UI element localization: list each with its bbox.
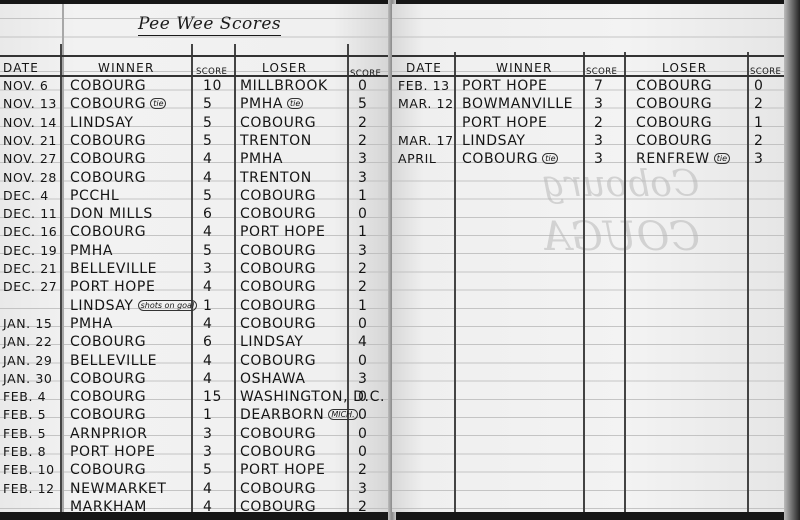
column-rule <box>60 44 62 512</box>
loser-cell-text: COBOURG <box>240 353 316 369</box>
winner-cell-text: COBOURG <box>70 389 146 405</box>
date-cell: APRIL <box>398 151 436 167</box>
winner-cell-text: PORT HOPE <box>462 78 547 94</box>
loser-score-cell: 3 <box>754 151 764 167</box>
loser-score-cell-text: 3 <box>358 170 368 186</box>
winner-score-cell-text: 6 <box>203 334 213 350</box>
winner-cell-text: PCCHL <box>70 188 119 204</box>
date-cell: JAN. 22 <box>3 334 52 350</box>
winner-cell: COBOURGtie <box>462 151 558 167</box>
date-cell-text: NOV. 6 <box>3 78 48 93</box>
winner-score-cell-text: 4 <box>203 316 213 332</box>
header-winner: WINNER <box>98 60 154 76</box>
winner-score-cell-text: 7 <box>594 78 604 94</box>
loser-score-cell: 0 <box>358 316 368 332</box>
loser-cell-text: PMHA <box>240 96 283 112</box>
loser-score-cell-text: 2 <box>358 462 368 478</box>
date-cell: MAR. 17 <box>398 133 454 149</box>
winner-score-cell: 4 <box>203 481 213 497</box>
date-cell: NOV. 27 <box>3 151 57 167</box>
winner-cell: ARNPRIOR <box>70 426 148 442</box>
loser-score-cell-text: 0 <box>754 78 764 94</box>
winner-cell: COBOURG <box>70 170 146 186</box>
winner-cell-text: LINDSAY <box>70 115 134 131</box>
winner-score-cell: 5 <box>203 243 213 259</box>
date-cell-text: DEC. 16 <box>3 224 57 239</box>
winner-score-cell-text: 1 <box>203 407 213 423</box>
open-scorebook: Pee Wee Scores DATE WINNER SCORE LOSER S… <box>0 0 800 520</box>
loser-cell: LINDSAY <box>240 334 304 350</box>
winner-cell-text: NEWMARKET <box>70 481 167 497</box>
loser-cell-text: COBOURG <box>240 188 316 204</box>
winner-score-cell: 6 <box>203 206 213 222</box>
date-cell-text: NOV. 14 <box>3 115 57 130</box>
loser-cell-text: PORT HOPE <box>240 462 325 478</box>
page-title: Pee Wee Scores <box>138 14 281 36</box>
loser-cell: PMHA <box>240 151 283 167</box>
winner-score-cell-text: 3 <box>594 151 604 167</box>
winner-score-cell: 4 <box>203 170 213 186</box>
loser-cell: COBOURG <box>240 499 316 512</box>
loser-cell-text: TRENTON <box>240 170 312 186</box>
winner-score-cell: 5 <box>203 462 213 478</box>
right-page: Cobourg COUGA DATE WINNER SCORE LOSER SC… <box>392 4 784 512</box>
annotation-note: tie <box>287 98 303 109</box>
winner-score-cell: 5 <box>203 188 213 204</box>
winner-score-cell: 1 <box>203 407 213 423</box>
date-cell: FEB. 5 <box>3 407 46 423</box>
winner-cell: PMHA <box>70 316 113 332</box>
date-cell: DEC. 16 <box>3 224 57 240</box>
ruled-lines <box>392 4 784 512</box>
date-cell: FEB. 4 <box>3 389 46 405</box>
winner-score-cell: 4 <box>203 224 213 240</box>
winner-cell-text: BOWMANVILLE <box>462 96 573 112</box>
winner-cell: BOWMANVILLE <box>462 96 573 112</box>
loser-score-cell: 2 <box>358 133 368 149</box>
date-cell-text: JAN. 15 <box>3 316 52 331</box>
loser-cell: COBOURG <box>240 481 316 497</box>
winner-cell-text: LINDSAY <box>70 298 134 314</box>
loser-cell: OSHAWA <box>240 371 306 387</box>
loser-cell: COBOURG <box>240 426 316 442</box>
loser-cell: COBOURG <box>240 206 316 222</box>
winner-cell-text: PMHA <box>70 243 113 259</box>
winner-cell: COBOURG <box>70 224 146 240</box>
winner-cell: COBOURG <box>70 462 146 478</box>
date-cell-text: NOV. 28 <box>3 170 57 185</box>
date-cell-text: FEB. 8 <box>3 444 46 459</box>
winner-cell: PORT HOPE <box>462 115 547 131</box>
page-edge <box>784 0 800 520</box>
loser-cell: COBOURG <box>636 115 712 131</box>
winner-score-cell: 3 <box>594 133 604 149</box>
loser-cell-text: COBOURG <box>240 481 316 497</box>
winner-cell: PORT HOPE <box>70 279 155 295</box>
loser-score-cell-text: 2 <box>358 499 368 512</box>
loser-score-cell: 0 <box>358 206 368 222</box>
winner-score-cell: 3 <box>203 444 213 460</box>
header-rule <box>0 55 392 57</box>
winner-cell-text: COBOURG <box>70 334 146 350</box>
annotation-note: tie <box>150 98 166 109</box>
date-cell-text: DEC. 4 <box>3 188 49 203</box>
winner-score-cell-text: 3 <box>203 261 213 277</box>
date-cell: DEC. 19 <box>3 243 57 259</box>
winner-score-cell-text: 5 <box>203 115 213 131</box>
winner-cell: PORT HOPE <box>462 78 547 94</box>
loser-score-cell-text: 2 <box>358 115 368 131</box>
date-cell: MAR. 12 <box>398 96 454 112</box>
winner-score-cell-text: 4 <box>203 224 213 240</box>
loser-score-cell: 1 <box>358 188 368 204</box>
date-cell-text: FEB. 12 <box>3 481 55 496</box>
loser-score-cell: 0 <box>754 78 764 94</box>
winner-cell-text: PORT HOPE <box>462 115 547 131</box>
winner-cell: COBOURG <box>70 407 146 423</box>
loser-cell-text: LINDSAY <box>240 334 304 350</box>
winner-score-cell: 4 <box>203 316 213 332</box>
loser-score-cell-text: 5 <box>358 96 368 112</box>
winner-score-cell: 6 <box>203 334 213 350</box>
winner-score-cell-text: 4 <box>203 279 213 295</box>
loser-cell-text: COBOURG <box>240 298 316 314</box>
loser-score-cell-text: 2 <box>754 96 764 112</box>
date-cell: NOV. 28 <box>3 170 57 186</box>
winner-cell-text: PMHA <box>70 316 113 332</box>
column-rule <box>347 44 349 512</box>
header-loser: LOSER <box>662 60 707 76</box>
winner-score-cell-text: 5 <box>203 243 213 259</box>
loser-cell-text: COBOURG <box>240 206 316 222</box>
loser-score-cell: 0 <box>358 353 368 369</box>
winner-score-cell-text: 5 <box>203 133 213 149</box>
winner-cell-text: COBOURG <box>70 371 146 387</box>
loser-cell: PMHAtie <box>240 96 303 112</box>
date-cell: JAN. 29 <box>3 353 52 369</box>
date-cell-text: FEB. 5 <box>3 407 46 422</box>
left-page: Pee Wee Scores DATE WINNER SCORE LOSER S… <box>0 4 392 512</box>
winner-score-cell: 4 <box>203 151 213 167</box>
winner-score-cell-text: 3 <box>203 444 213 460</box>
loser-cell: COBOURG <box>636 96 712 112</box>
loser-score-cell: 0 <box>358 426 368 442</box>
loser-cell: COBOURG <box>240 243 316 259</box>
header-loser: LOSER <box>262 60 307 76</box>
winner-cell-text: PORT HOPE <box>70 444 155 460</box>
loser-cell: PORT HOPE <box>240 462 325 478</box>
date-cell: FEB. 12 <box>3 481 55 497</box>
winner-cell-text: COBOURG <box>70 133 146 149</box>
column-rule <box>583 52 585 512</box>
date-cell: JAN. 30 <box>3 371 52 387</box>
loser-cell-text: COBOURG <box>240 426 316 442</box>
winner-cell-text: BELLEVILLE <box>70 353 157 369</box>
loser-score-cell-text: 2 <box>754 133 764 149</box>
date-cell-text: FEB. 4 <box>3 389 46 404</box>
loser-score-cell-text: 2 <box>358 261 368 277</box>
loser-score-cell: 5 <box>358 96 368 112</box>
loser-cell-text: MILLBROOK <box>240 78 328 94</box>
loser-score-cell: 2 <box>358 115 368 131</box>
date-cell: FEB. 10 <box>3 462 55 478</box>
winner-score-cell-text: 4 <box>203 499 213 512</box>
date-cell-text: JAN. 29 <box>3 353 52 368</box>
column-rule <box>624 52 626 512</box>
date-cell-text: MAR. 17 <box>398 133 454 148</box>
date-cell: NOV. 6 <box>3 78 48 94</box>
loser-cell: COBOURG <box>240 353 316 369</box>
loser-score-cell: 1 <box>358 224 368 240</box>
header-winner: WINNER <box>496 60 552 76</box>
winner-cell: BELLEVILLE <box>70 353 157 369</box>
header-date: DATE <box>406 60 442 76</box>
loser-score-cell-text: 0 <box>358 426 368 442</box>
winner-cell: COBOURG <box>70 151 146 167</box>
winner-cell-text: COBOURG <box>70 407 146 423</box>
column-rule <box>747 52 749 512</box>
date-cell: FEB. 13 <box>398 78 450 94</box>
column-rule <box>454 52 456 512</box>
winner-score-cell: 5 <box>203 96 213 112</box>
loser-cell-text: RENFREW <box>636 151 710 167</box>
loser-score-cell: 3 <box>358 371 368 387</box>
loser-cell-text: COBOURG <box>240 243 316 259</box>
winner-score-cell-text: 4 <box>203 371 213 387</box>
date-cell-text: DEC. 27 <box>3 279 57 294</box>
loser-cell-text: COBOURG <box>636 78 712 94</box>
loser-score-cell-text: 0 <box>358 316 368 332</box>
date-cell-text: NOV. 21 <box>3 133 57 148</box>
winner-score-cell-text: 5 <box>203 188 213 204</box>
loser-score-cell-text: 0 <box>358 206 368 222</box>
date-cell-text: MAR. 12 <box>398 96 454 111</box>
loser-score-cell: 1 <box>358 298 368 314</box>
loser-score-cell: 4 <box>358 334 368 350</box>
loser-cell-text: DEARBORN <box>240 407 324 423</box>
annotation-note: tie <box>714 153 730 164</box>
loser-cell-text: COBOURG <box>636 115 712 131</box>
loser-score-cell-text: 3 <box>754 151 764 167</box>
date-cell: DEC. 27 <box>3 279 57 295</box>
loser-cell-text: COBOURG <box>240 261 316 277</box>
loser-cell: COBOURG <box>240 444 316 460</box>
loser-score-cell: 3 <box>358 243 368 259</box>
winner-score-cell: 1 <box>203 298 213 314</box>
loser-score-cell-text: 0 <box>358 78 368 94</box>
loser-cell-text: PORT HOPE <box>240 224 325 240</box>
header-date: DATE <box>3 60 39 76</box>
winner-score-cell: 3 <box>203 261 213 277</box>
winner-cell-text: PORT HOPE <box>70 279 155 295</box>
winner-score-cell: 2 <box>594 115 604 131</box>
loser-score-cell-text: 0 <box>358 353 368 369</box>
winner-cell: LINDSAYshots on goal <box>70 298 197 314</box>
winner-score-cell: 5 <box>203 133 213 149</box>
date-cell-text: FEB. 10 <box>3 462 55 477</box>
loser-score-cell: 1 <box>754 115 764 131</box>
winner-score-cell: 7 <box>594 78 604 94</box>
loser-score-cell-text: 3 <box>358 371 368 387</box>
winner-score-cell: 5 <box>203 115 213 131</box>
loser-cell-text: COBOURG <box>240 316 316 332</box>
date-cell-text: APRIL <box>398 151 436 166</box>
winner-score-cell-text: 3 <box>594 133 604 149</box>
date-cell: DEC. 21 <box>3 261 57 277</box>
loser-cell-text: COBOURG <box>636 133 712 149</box>
winner-cell: PMHA <box>70 243 113 259</box>
loser-score-cell: 2 <box>358 499 368 512</box>
loser-cell: COBOURG <box>636 133 712 149</box>
loser-cell-text: OSHAWA <box>240 371 306 387</box>
loser-score-cell-text: 0 <box>358 389 368 405</box>
loser-score-cell: 2 <box>754 133 764 149</box>
loser-cell-text: COBOURG <box>636 96 712 112</box>
ruled-lines <box>0 4 392 512</box>
date-cell: JAN. 15 <box>3 316 52 332</box>
date-cell: DEC. 11 <box>3 206 57 222</box>
winner-score-cell-text: 3 <box>594 96 604 112</box>
column-rule <box>191 44 193 512</box>
loser-score-cell: 2 <box>754 96 764 112</box>
loser-cell: COBOURG <box>240 188 316 204</box>
winner-cell: DON MILLS <box>70 206 153 222</box>
winner-cell: COBOURG <box>70 389 146 405</box>
loser-cell: COBOURG <box>240 261 316 277</box>
winner-cell-text: COBOURG <box>70 96 146 112</box>
date-cell-text: DEC. 21 <box>3 261 57 276</box>
loser-cell: DEARBORNMICH. <box>240 407 358 423</box>
winner-cell-text: COBOURG <box>70 224 146 240</box>
loser-score-cell-text: 2 <box>358 279 368 295</box>
loser-score-cell-text: 0 <box>358 444 368 460</box>
loser-score-cell-text: 1 <box>358 188 368 204</box>
winner-score-cell: 4 <box>203 353 213 369</box>
loser-cell: COBOURG <box>240 115 316 131</box>
loser-cell-text: COBOURG <box>240 115 316 131</box>
date-cell-text: FEB. 13 <box>398 78 450 93</box>
winner-score-cell: 10 <box>203 78 222 94</box>
column-rule <box>234 44 236 512</box>
date-cell-text: DEC. 19 <box>3 243 57 258</box>
winner-score-cell: 3 <box>594 96 604 112</box>
loser-cell: TRENTON <box>240 170 312 186</box>
loser-score-cell-text: 3 <box>358 481 368 497</box>
loser-cell-text: PMHA <box>240 151 283 167</box>
winner-cell-text: COBOURG <box>70 78 146 94</box>
date-cell: NOV. 14 <box>3 115 57 131</box>
winner-score-cell: 3 <box>203 426 213 442</box>
loser-cell-text: COBOURG <box>240 444 316 460</box>
winner-score-cell-text: 4 <box>203 481 213 497</box>
winner-cell-text: COBOURG <box>70 170 146 186</box>
date-cell: FEB. 8 <box>3 444 46 460</box>
loser-score-cell: 2 <box>358 279 368 295</box>
loser-cell: TRENTON <box>240 133 312 149</box>
winner-score-cell: 15 <box>203 389 222 405</box>
date-cell-text: NOV. 13 <box>3 96 57 111</box>
loser-cell-text: COBOURG <box>240 279 316 295</box>
winner-cell-text: DON MILLS <box>70 206 153 222</box>
date-cell: FEB. 5 <box>3 426 46 442</box>
loser-score-cell: 0 <box>358 389 368 405</box>
loser-score-cell-text: 3 <box>358 151 368 167</box>
loser-cell: COBOURG <box>240 316 316 332</box>
loser-cell: COBOURG <box>636 78 712 94</box>
winner-score-cell-text: 2 <box>594 115 604 131</box>
loser-cell: PORT HOPE <box>240 224 325 240</box>
loser-score-cell-text: 0 <box>358 407 368 423</box>
date-cell-text: NOV. 27 <box>3 151 57 166</box>
loser-score-cell-text: 1 <box>754 115 764 131</box>
winner-score-cell: 4 <box>203 499 213 512</box>
loser-score-cell: 2 <box>358 261 368 277</box>
winner-score-cell-text: 15 <box>203 389 222 405</box>
loser-cell-text: TRENTON <box>240 133 312 149</box>
winner-cell-text: BELLEVILLE <box>70 261 157 277</box>
winner-cell: PORT HOPE <box>70 444 155 460</box>
winner-cell: COBOURG <box>70 334 146 350</box>
winner-cell-text: LINDSAY <box>462 133 526 149</box>
loser-score-cell-text: 1 <box>358 298 368 314</box>
winner-cell: PCCHL <box>70 188 119 204</box>
winner-cell-text: COBOURG <box>70 151 146 167</box>
winner-cell: BELLEVILLE <box>70 261 157 277</box>
winner-cell: MARKHAM <box>70 499 147 512</box>
date-cell: NOV. 13 <box>3 96 57 112</box>
loser-score-cell-text: 4 <box>358 334 368 350</box>
loser-score-cell: 0 <box>358 407 368 423</box>
winner-cell: LINDSAY <box>462 133 526 149</box>
winner-cell: COBOURG <box>70 133 146 149</box>
loser-score-cell-text: 1 <box>358 224 368 240</box>
annotation-note: shots on goal <box>138 300 198 311</box>
loser-score-cell: 3 <box>358 170 368 186</box>
winner-score-cell-text: 4 <box>203 170 213 186</box>
loser-cell: COBOURG <box>240 298 316 314</box>
winner-score-cell-text: 3 <box>203 426 213 442</box>
winner-cell-text: MARKHAM <box>70 499 147 512</box>
loser-score-cell: 0 <box>358 78 368 94</box>
loser-score-cell: 3 <box>358 481 368 497</box>
date-cell-text: JAN. 22 <box>3 334 52 349</box>
winner-score-cell: 4 <box>203 371 213 387</box>
annotation-note: tie <box>542 153 558 164</box>
date-cell: DEC. 4 <box>3 188 49 204</box>
winner-score-cell: 4 <box>203 279 213 295</box>
winner-score-cell-text: 10 <box>203 78 222 94</box>
winner-score-cell-text: 6 <box>203 206 213 222</box>
winner-cell-text: COBOURG <box>70 462 146 478</box>
date-cell: NOV. 21 <box>3 133 57 149</box>
winner-cell: COBOURGtie <box>70 96 166 112</box>
loser-cell: MILLBROOK <box>240 78 328 94</box>
winner-cell-text: COBOURG <box>462 151 538 167</box>
winner-cell: COBOURG <box>70 78 146 94</box>
winner-score-cell: 3 <box>594 151 604 167</box>
winner-cell: LINDSAY <box>70 115 134 131</box>
header-rule <box>392 55 784 57</box>
winner-cell: NEWMARKET <box>70 481 167 497</box>
date-cell-text: DEC. 11 <box>3 206 57 221</box>
winner-score-cell-text: 5 <box>203 96 213 112</box>
date-cell-text: FEB. 5 <box>3 426 46 441</box>
faint-column-rule <box>62 4 64 512</box>
winner-score-cell-text: 5 <box>203 462 213 478</box>
winner-score-cell-text: 1 <box>203 298 213 314</box>
loser-cell: COBOURG <box>240 279 316 295</box>
winner-score-cell-text: 4 <box>203 151 213 167</box>
